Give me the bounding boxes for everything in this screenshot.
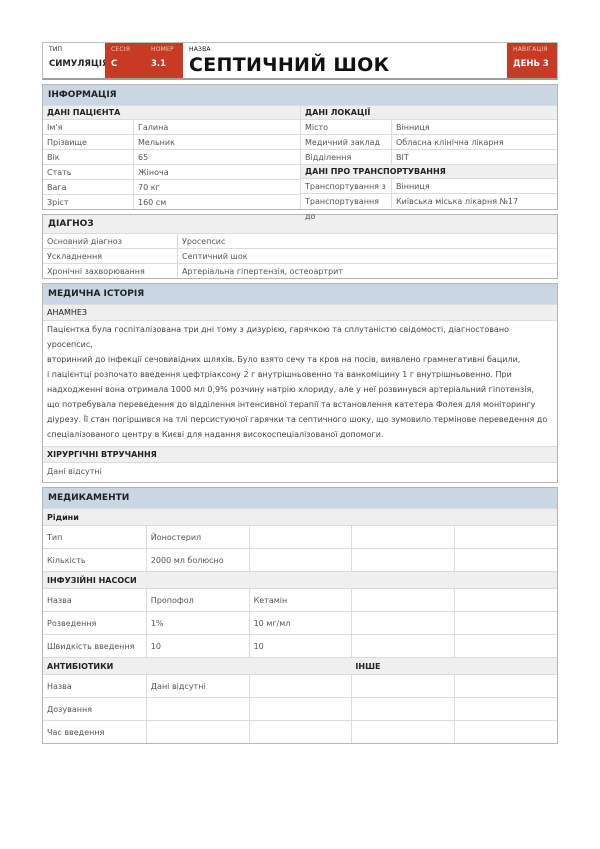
field-value [351,549,454,571]
location-data: ДАНІ ЛОКАЦІЇ МістоВінниця Медичний закла… [300,105,557,209]
field-value [351,635,454,657]
location-title: ДАНІ ЛОКАЦІЇ [301,105,557,119]
patient-row: Ім'яГалина [43,119,300,134]
history-title: МЕДИЧНА ІСТОРІЯ [43,284,557,304]
field-value: 10 мг/мл [249,612,352,634]
field-value [249,675,352,697]
field-label: Стать [43,165,133,179]
location-row: ВідділенняВІТ [301,149,557,164]
other-title: ІНШЕ [351,658,557,674]
scenario-sheet: ТИП СИМУЛЯЦІЯ СЕСІЯ C НОМЕР 3.1 НАЗВА СЕ… [42,42,558,744]
antibiotics-row: Дозування [43,697,557,720]
medications-title: МЕДИКАМЕНТИ [43,488,557,508]
anamnesis-title: АНАМНЕЗ [43,304,557,320]
field-value: Галина [133,120,300,134]
field-label: Час введення [43,721,146,743]
field-value [351,675,454,697]
location-row: Медичний закладОбласна клінічна лікарня [301,134,557,149]
pumps-row: Назва Пропофол Кетамін [43,588,557,611]
field-value [454,635,557,657]
field-label: Розведення [43,612,146,634]
title-label: НАЗВА [189,46,501,53]
field-value: 65 [133,150,300,164]
field-value: Кетамін [249,589,352,611]
pumps-row: Швидкість введення 10 10 [43,634,557,657]
field-value: Уросепсис [177,234,557,248]
medications-section: МЕДИКАМЕНТИ Рідини Тип Йоностерил Кількі… [42,487,558,744]
info-section: ІНФОРМАЦІЯ ДАНІ ПАЦІЄНТА Ім'яГалина Пріз… [42,84,558,210]
field-value [454,698,557,720]
type-label: ТИП [49,46,99,53]
anamnesis-line: спеціалізованого центру в Києві для нада… [47,427,553,442]
navigation-cell[interactable]: НАВІГАЦІЯ ДЕНЬ 3 [507,43,557,78]
title-cell: НАЗВА СЕПТИЧНИЙ ШОК [183,43,507,78]
anamnesis-line: що потребувала переведення до відділення… [47,397,553,412]
info-title: ІНФОРМАЦІЯ [43,85,557,105]
field-value: 1% [146,612,249,634]
field-label: Кількість [43,549,146,571]
field-value: Пропофол [146,589,249,611]
number-value: 3.1 [151,59,177,69]
session-label: СЕСІЯ [111,46,139,53]
field-value [146,698,249,720]
field-value [146,721,249,743]
field-value [351,698,454,720]
field-value [249,721,352,743]
field-label: Місто [301,120,391,134]
location-row: МістоВінниця [301,119,557,134]
transport-row: Транспортування доКиївська міська лікарн… [301,193,557,208]
field-label: Швидкість введення [43,635,146,657]
field-label: Медичний заклад [301,135,391,149]
field-value: Дані відсутні [146,675,249,697]
pumps-row: Розведення 1% 10 мг/мл [43,611,557,634]
type-value: СИМУЛЯЦІЯ [49,59,99,69]
patient-row: Зріст160 см [43,194,300,209]
patient-row: ПрізвищеМельник [43,134,300,149]
diagnosis-row: УскладненняСептичний шок [43,248,557,263]
field-value: Артеріальна гіпертензія, остеоартрит [177,264,557,278]
page-title: СЕПТИЧНИЙ ШОК [189,54,501,76]
field-label: Назва [43,675,146,697]
field-label: Ускладнення [43,249,177,263]
field-label: Транспортування з [301,179,391,193]
fluids-row: Тип Йоностерил [43,525,557,548]
surgery-text: Дані відсутні [43,462,557,482]
field-label: Зріст [43,195,133,209]
field-value: 2000 мл болюсно [146,549,249,571]
number-cell: НОМЕР 3.1 [145,43,183,78]
transport-title: ДАНІ ПРО ТРАНСПОРТУВАННЯ [301,164,557,178]
anamnesis-line: діурезу. Її стан погіршився на тлі перси… [47,412,553,427]
anamnesis-line: надходженні вона отримала 1000 мл 0,9% р… [47,382,553,397]
anamnesis-text: Пацієнтка була госпіталізована три дні т… [43,320,557,446]
field-label: Вік [43,150,133,164]
patient-row: Вага70 кг [43,179,300,194]
patient-title: ДАНІ ПАЦІЄНТА [43,105,300,119]
field-value [454,721,557,743]
field-label: Ім'я [43,120,133,134]
field-value [454,526,557,548]
field-value: Мельник [133,135,300,149]
patient-data: ДАНІ ПАЦІЄНТА Ім'яГалина ПрізвищеМельник… [43,105,300,209]
patient-row: Вік65 [43,149,300,164]
field-value: ВІТ [391,150,557,164]
field-label: Тип [43,526,146,548]
antibiotics-title: АНТИБІОТИКИ [43,658,351,674]
navigation-day[interactable]: ДЕНЬ 3 [513,59,551,69]
field-value [454,612,557,634]
navigation-label: НАВІГАЦІЯ [513,46,551,53]
session-value: C [111,59,139,69]
field-label: Відділення [301,150,391,164]
anamnesis-line: вторинний до інфекції сечовивідних шляхі… [47,352,553,367]
field-value: Обласна клінічна лікарня [391,135,557,149]
history-section: МЕДИЧНА ІСТОРІЯ АНАМНЕЗ Пацієнтка була г… [42,283,558,483]
antibiotics-row: Назва Дані відсутні [43,674,557,697]
field-value: Київська міська лікарня №17 [391,194,557,208]
field-value [249,549,352,571]
field-value: Йоностерил [146,526,249,548]
field-value [454,549,557,571]
antibiotics-header: АНТИБІОТИКИ ІНШЕ [43,657,557,674]
field-label: Назва [43,589,146,611]
type-cell: ТИП СИМУЛЯЦІЯ [43,43,105,78]
diagnosis-row: Основний діагнозУросепсис [43,233,557,248]
diagnosis-title: ДІАГНОЗ [43,215,557,233]
field-value [454,675,557,697]
session-cell: СЕСІЯ C [105,43,145,78]
surgery-title: ХІРУРГІЧНІ ВТРУЧАННЯ [43,446,557,462]
anamnesis-line: і пацієнтці розпочато введення цефтріакс… [47,367,553,382]
number-label: НОМЕР [151,46,177,53]
fluids-row: Кількість 2000 мл болюсно [43,548,557,571]
field-label: Вага [43,180,133,194]
anamnesis-line: Пацієнтка була госпіталізована три дні т… [47,322,553,352]
patient-row: СтатьЖіноча [43,164,300,179]
header-bar: ТИП СИМУЛЯЦІЯ СЕСІЯ C НОМЕР 3.1 НАЗВА СЕ… [42,42,558,80]
field-value: 160 см [133,195,300,209]
field-value: 10 [249,635,352,657]
field-label: Хронічні захворювання [43,264,177,278]
field-value: Жіноча [133,165,300,179]
field-value [351,526,454,548]
field-label: Дозування [43,698,146,720]
fluids-title: Рідини [43,508,557,525]
field-value [249,526,352,548]
field-value: 10 [146,635,249,657]
field-value: 70 кг [133,180,300,194]
field-value: Септичний шок [177,249,557,263]
field-value [351,721,454,743]
field-label: Транспортування до [301,194,391,208]
field-value: Вінниця [391,179,557,193]
field-label: Прізвище [43,135,133,149]
field-value: Вінниця [391,120,557,134]
field-value [454,589,557,611]
field-label: Основний діагноз [43,234,177,248]
pumps-title: ІНФУЗІЙНІ НАСОСИ [43,571,557,588]
field-value [351,612,454,634]
diagnosis-section: ДІАГНОЗ Основний діагнозУросепсис Усклад… [42,214,558,279]
transport-row: Транспортування зВінниця [301,178,557,193]
diagnosis-row: Хронічні захворюванняАртеріальна гіперте… [43,263,557,278]
field-value [351,589,454,611]
antibiotics-row: Час введення [43,720,557,743]
field-value [249,698,352,720]
